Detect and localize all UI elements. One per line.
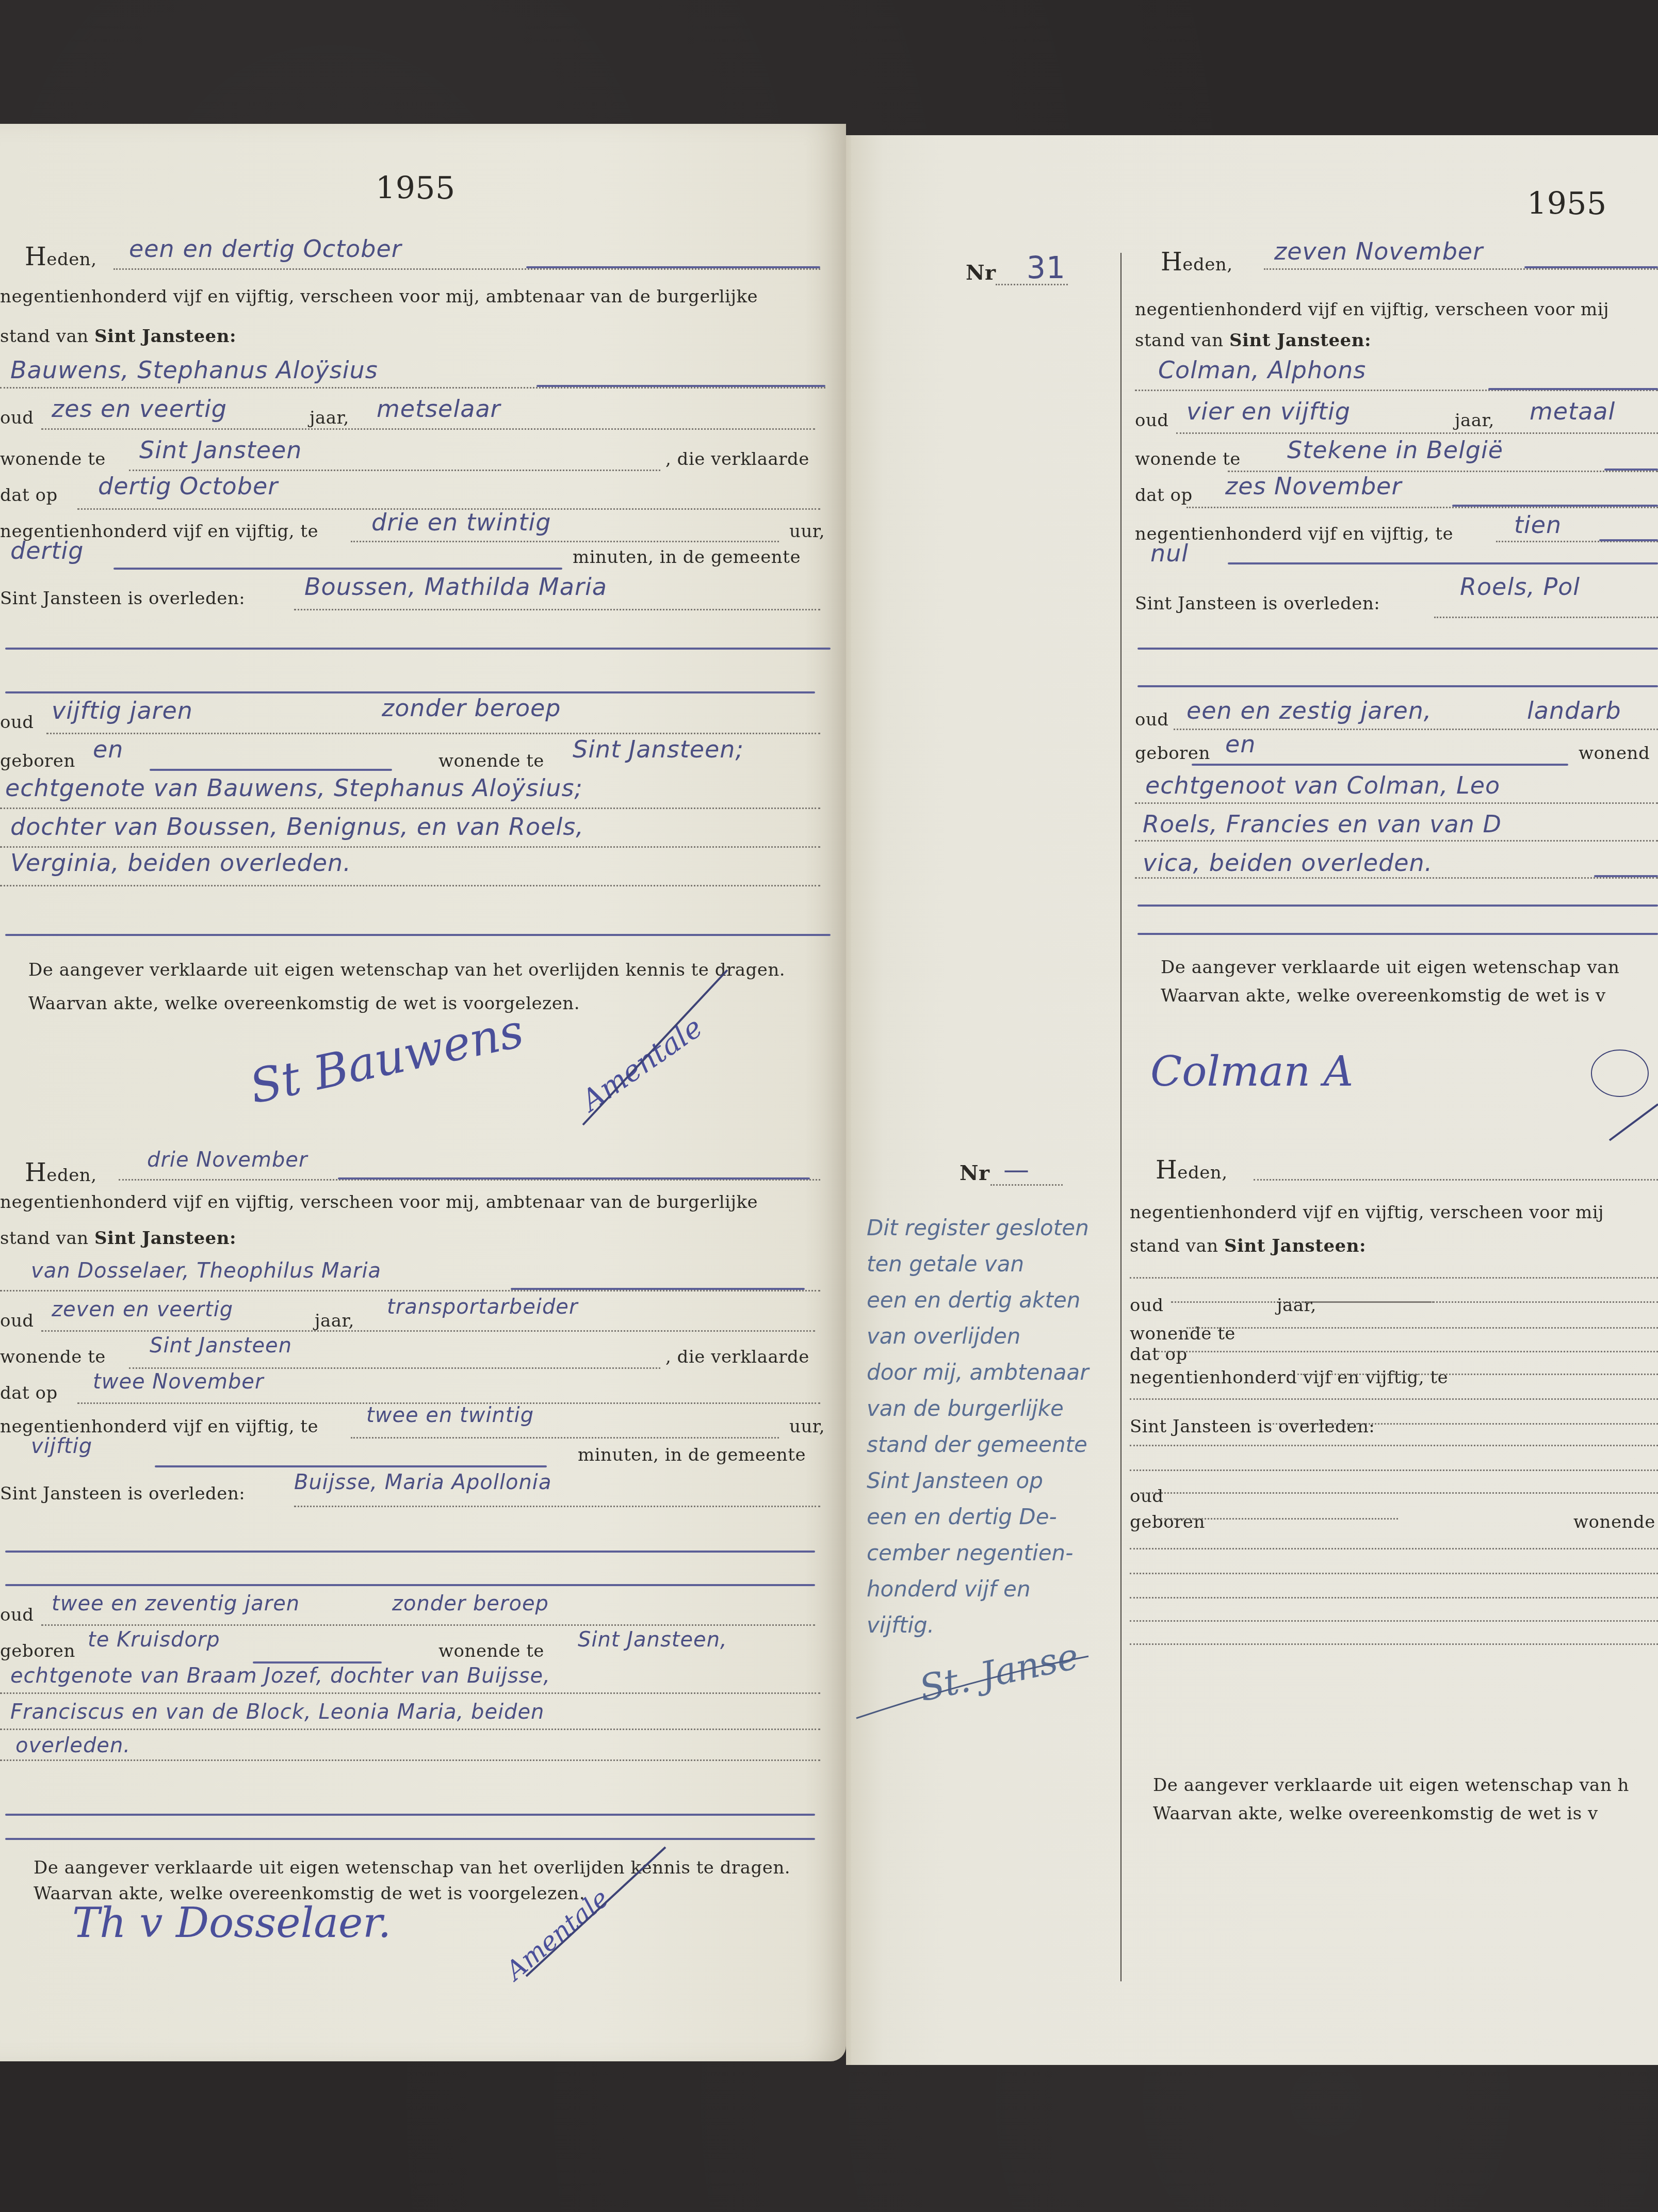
- uur-label: uur,: [789, 1416, 825, 1437]
- fill-line: [294, 1506, 820, 1507]
- fill-line: [1130, 1597, 1658, 1599]
- declarant-residence: Stekene in België: [1287, 436, 1503, 464]
- fill-line: [129, 470, 660, 471]
- wonende-label: wonende te: [0, 1347, 106, 1367]
- record-date: een en dertig October: [129, 235, 402, 263]
- declarant-age: zes en veertig: [52, 395, 227, 423]
- declarant-age: vier en vijftig: [1186, 397, 1351, 425]
- record-date: zeven November: [1274, 237, 1483, 265]
- minuten-label: minuten, in de gemeente: [573, 547, 801, 568]
- record-detail: echtgenote van Bauwens, Stephanus Aloÿsi…: [5, 774, 583, 802]
- closing-statement: De aangever verklaarde uit eigen wetensc…: [1153, 1775, 1629, 1796]
- fill-line: [0, 846, 820, 848]
- fill-line: [351, 1437, 779, 1439]
- oud-label: oud: [1130, 1295, 1164, 1316]
- wonende-label: wonende te: [0, 449, 106, 470]
- ink-line: [253, 1661, 382, 1664]
- declarant-name: Bauwens, Stephanus Aloÿsius: [10, 356, 378, 384]
- datop-label: dat op: [1130, 1344, 1188, 1365]
- death-minutes: vijftig: [31, 1434, 92, 1458]
- oud-label: oud: [0, 1311, 34, 1331]
- fill-line: [294, 609, 820, 610]
- fill-line: [0, 1729, 820, 1730]
- datop-label: dat op: [1135, 485, 1193, 506]
- datop-label: dat op: [0, 485, 58, 506]
- ink-line: [1604, 469, 1658, 471]
- ink-line: [113, 568, 562, 570]
- form-line: negentienhonderd vijf en vijftig, versch…: [0, 1192, 758, 1213]
- record-detail: echtgenoot van Colman, Leo: [1145, 771, 1500, 799]
- deceased-age: twee en zeventig jaren: [52, 1592, 300, 1616]
- deceased-name: Buijsse, Maria Apollonia: [294, 1471, 551, 1494]
- ink-line: [1137, 648, 1658, 650]
- heden-label: Heden,: [1156, 1156, 1228, 1185]
- fill-line: [0, 885, 820, 886]
- closing-statement: De aangever verklaarde uit eigen wetensc…: [28, 960, 785, 980]
- fill-line: [1434, 617, 1658, 618]
- wonende-label: wonende te: [1135, 449, 1241, 470]
- ink-line: [526, 266, 820, 268]
- ink-line: [1452, 505, 1658, 507]
- heden-label: HHeden,eden,: [25, 243, 97, 271]
- fill-line: [1297, 1374, 1658, 1375]
- page-year: 1955: [376, 170, 456, 206]
- jaar-label: jaar,: [1277, 1295, 1316, 1316]
- death-minutes: dertig: [10, 537, 84, 564]
- declarant-signature: Colman A: [1150, 1047, 1353, 1095]
- record-detail: Franciscus en van de Block, Leonia Maria…: [10, 1700, 544, 1724]
- time-label: negentienhonderd vijf en vijftig, te: [1130, 1367, 1448, 1388]
- fill-line: [1264, 268, 1658, 270]
- declarant-name: Colman, Alphons: [1158, 356, 1366, 384]
- fill-line: [1266, 1423, 1658, 1425]
- geboren-label: geboren: [0, 1641, 75, 1661]
- fill-line: [0, 1692, 820, 1694]
- deceased-occupation: zonder beroep: [392, 1592, 549, 1616]
- stand-line: stand van Sint Jansteen:: [0, 1228, 236, 1249]
- fill-line: [46, 733, 820, 734]
- deceased-age: vijftig jaren: [52, 697, 193, 724]
- fill-line: [1130, 1398, 1658, 1400]
- birthplace: te Kruisdorp: [88, 1628, 220, 1652]
- uur-label: uur,: [789, 521, 825, 542]
- ink-line: [511, 1288, 805, 1290]
- ink-line: [1137, 933, 1658, 935]
- verklaarde-label: , die verklaarde: [665, 449, 809, 470]
- fill-line: [41, 1330, 815, 1332]
- closing-statement: De aangever verklaarde uit eigen wetensc…: [1161, 957, 1619, 978]
- time-label: negentienhonderd vijf en vijftig, te: [0, 1416, 318, 1437]
- fill-line: [0, 1290, 820, 1291]
- death-hour: twee en twintig: [366, 1403, 534, 1427]
- deceased-occupation: zonder beroep: [382, 694, 561, 722]
- register-closing-note: Dit register gesloten ten getale van een…: [867, 1210, 1089, 1643]
- ink-line: [1524, 266, 1658, 268]
- wonende-label: wonende te: [1130, 1323, 1236, 1344]
- heden-label: Heden,: [1161, 248, 1233, 277]
- nr-label: Nr: [960, 1161, 990, 1185]
- wonende-label: wonende te: [438, 1641, 544, 1661]
- nr-value: —: [1003, 1155, 1030, 1185]
- fill-line: [1140, 1492, 1658, 1494]
- overleden-label: Sint Jansteen is overleden:: [1135, 593, 1380, 614]
- declarant-occupation: transportarbeider: [387, 1295, 578, 1319]
- fill-line: [351, 541, 779, 542]
- fill-line: [1135, 802, 1658, 804]
- fill-line: [1130, 1573, 1658, 1574]
- declarant-occupation: metaal: [1530, 397, 1615, 425]
- oud-label: oud: [1130, 1486, 1164, 1507]
- deceased-name: Roels, Pol: [1460, 573, 1580, 601]
- fill-line: [1186, 507, 1658, 508]
- fill-line: [1130, 1277, 1658, 1279]
- nr-value: 31: [1027, 250, 1066, 285]
- record-detail: overleden.: [15, 1734, 131, 1757]
- column-divider: [1120, 253, 1121, 1981]
- verklaarde-label: , die verklaarde: [665, 1347, 809, 1367]
- jaar-label: jaar,: [310, 408, 349, 428]
- record-detail: echtgenote van Braam Jozef, dochter van …: [10, 1664, 550, 1688]
- fill-line: [1303, 1301, 1658, 1303]
- deceased-occupation: landarb: [1527, 697, 1621, 724]
- ink-line: [5, 1584, 815, 1586]
- fill-line: [1158, 1351, 1658, 1352]
- record-detail: Verginia, beiden overleden.: [10, 849, 351, 877]
- geboren-label: geboren: [0, 751, 75, 771]
- declarant-occupation: metselaar: [377, 395, 500, 423]
- overleden-label: Sint Jansteen is overleden:: [0, 1483, 245, 1504]
- page-year: 1955: [1527, 186, 1607, 222]
- death-hour: tien: [1514, 511, 1562, 539]
- overleden-label: Sint Jansteen is overleden:: [0, 588, 245, 609]
- overleden-label: Sint Jansteen is overleden:: [1130, 1416, 1375, 1437]
- fill-line: [996, 284, 1068, 285]
- ink-line: [1137, 685, 1658, 687]
- ink-line: [5, 648, 831, 650]
- ink-line: [155, 1465, 547, 1467]
- fill-line: [1254, 1179, 1658, 1181]
- fill-line: [1161, 1518, 1398, 1520]
- fill-line: [1135, 877, 1658, 879]
- fill-line: [1130, 1620, 1658, 1622]
- fill-line: [1135, 840, 1658, 842]
- death-date: dertig October: [98, 472, 278, 500]
- ink-line: [1137, 905, 1658, 907]
- wonende-label: wonende te: [438, 751, 544, 771]
- closing-statement: Waarvan akte, welke overeenkomstig de we…: [1161, 986, 1606, 1006]
- fill-line: [0, 1759, 820, 1761]
- record-detail: dochter van Boussen, Benignus, en van Ro…: [10, 813, 584, 841]
- declarant-age: zeven en veertig: [52, 1298, 233, 1321]
- ink-line: [537, 385, 825, 387]
- ink-line: [1192, 764, 1568, 766]
- deceased-residence: Sint Jansteen;: [573, 735, 744, 763]
- deceased-residence: Sint Jansteen,: [578, 1628, 727, 1652]
- oud-label: oud: [1135, 410, 1169, 431]
- declarant-name: van Dosselaer, Theophilus Maria: [31, 1259, 381, 1283]
- stand-line: stand van Sint Jansteen:: [0, 326, 236, 347]
- wonende-label: wonend: [1579, 743, 1650, 764]
- deceased-name: Boussen, Mathilda Maria: [304, 573, 607, 601]
- fill-line: [1130, 1445, 1658, 1446]
- form-line: negentienhonderd vijf en vijftig, versch…: [1135, 299, 1609, 320]
- death-date: zes November: [1225, 472, 1402, 500]
- geboren-label: geboren: [1135, 743, 1210, 764]
- fill-line: [1130, 1643, 1658, 1645]
- fill-line: [990, 1184, 1063, 1186]
- ink-line: [150, 769, 392, 771]
- ink-line: [5, 1551, 815, 1553]
- fill-line: [129, 1367, 660, 1369]
- death-minutes: nul: [1150, 539, 1189, 567]
- ink-line: [1594, 875, 1658, 877]
- fill-line: [41, 428, 815, 430]
- heden-label: Heden,: [25, 1158, 97, 1187]
- form-line: negentienhonderd vijf en vijftig, versch…: [0, 286, 758, 307]
- birthplace: en: [1225, 730, 1256, 758]
- oud-label: oud: [0, 1605, 34, 1625]
- closing-statement: De aangever verklaarde uit eigen wetensc…: [34, 1858, 790, 1878]
- fill-line: [1130, 1548, 1658, 1549]
- death-date: twee November: [93, 1370, 264, 1394]
- fill-line: [0, 808, 820, 809]
- record-date: drie November: [147, 1148, 307, 1172]
- closing-statement: Waarvan akte, welke overeenkomstig de we…: [1153, 1803, 1598, 1824]
- nr-label: Nr: [966, 261, 996, 285]
- fill-line: [1186, 1327, 1658, 1329]
- fill-line: [1130, 1470, 1658, 1471]
- ink-line: [1228, 562, 1658, 564]
- oud-label: oud: [0, 712, 34, 733]
- birthplace: en: [93, 735, 123, 763]
- fill-line: [1176, 432, 1658, 434]
- form-line: negentienhonderd vijf en vijftig, versch…: [1130, 1202, 1604, 1223]
- declarant-residence: Sint Jansteen: [139, 436, 302, 464]
- ink-line: [5, 691, 815, 693]
- stand-line: stand van Sint Jansteen:: [1135, 330, 1371, 351]
- ink-line: [1488, 388, 1658, 390]
- oud-label: oud: [1135, 709, 1169, 730]
- record-detail: vica, beiden overleden.: [1143, 849, 1433, 877]
- deceased-age: een en zestig jaren,: [1186, 697, 1432, 724]
- jaar-label: jaar,: [315, 1311, 354, 1331]
- fill-line: [0, 387, 825, 389]
- minuten-label: minuten, in de gemeente: [578, 1445, 806, 1465]
- record-detail: Roels, Francies en van van D: [1143, 810, 1502, 838]
- wonende-label: wonende: [1573, 1512, 1655, 1532]
- declarant-residence: Sint Jansteen: [150, 1334, 292, 1358]
- fill-line: [113, 268, 820, 270]
- ink-line: [5, 1814, 815, 1816]
- oud-label: oud: [0, 408, 34, 428]
- ink-line: [5, 934, 831, 936]
- datop-label: dat op: [0, 1383, 58, 1403]
- fill-line: [41, 1624, 815, 1626]
- declarant-signature: Th v Dosselaer.: [72, 1899, 391, 1947]
- ink-line: [338, 1177, 810, 1180]
- jaar-label: jaar,: [1455, 410, 1494, 431]
- geboren-label: geboren: [1130, 1512, 1205, 1532]
- death-hour: drie en twintig: [371, 508, 551, 536]
- ink-line: [1599, 539, 1658, 541]
- ink-line: [5, 1838, 815, 1840]
- stand-line: stand van Sint Jansteen:: [1130, 1236, 1366, 1256]
